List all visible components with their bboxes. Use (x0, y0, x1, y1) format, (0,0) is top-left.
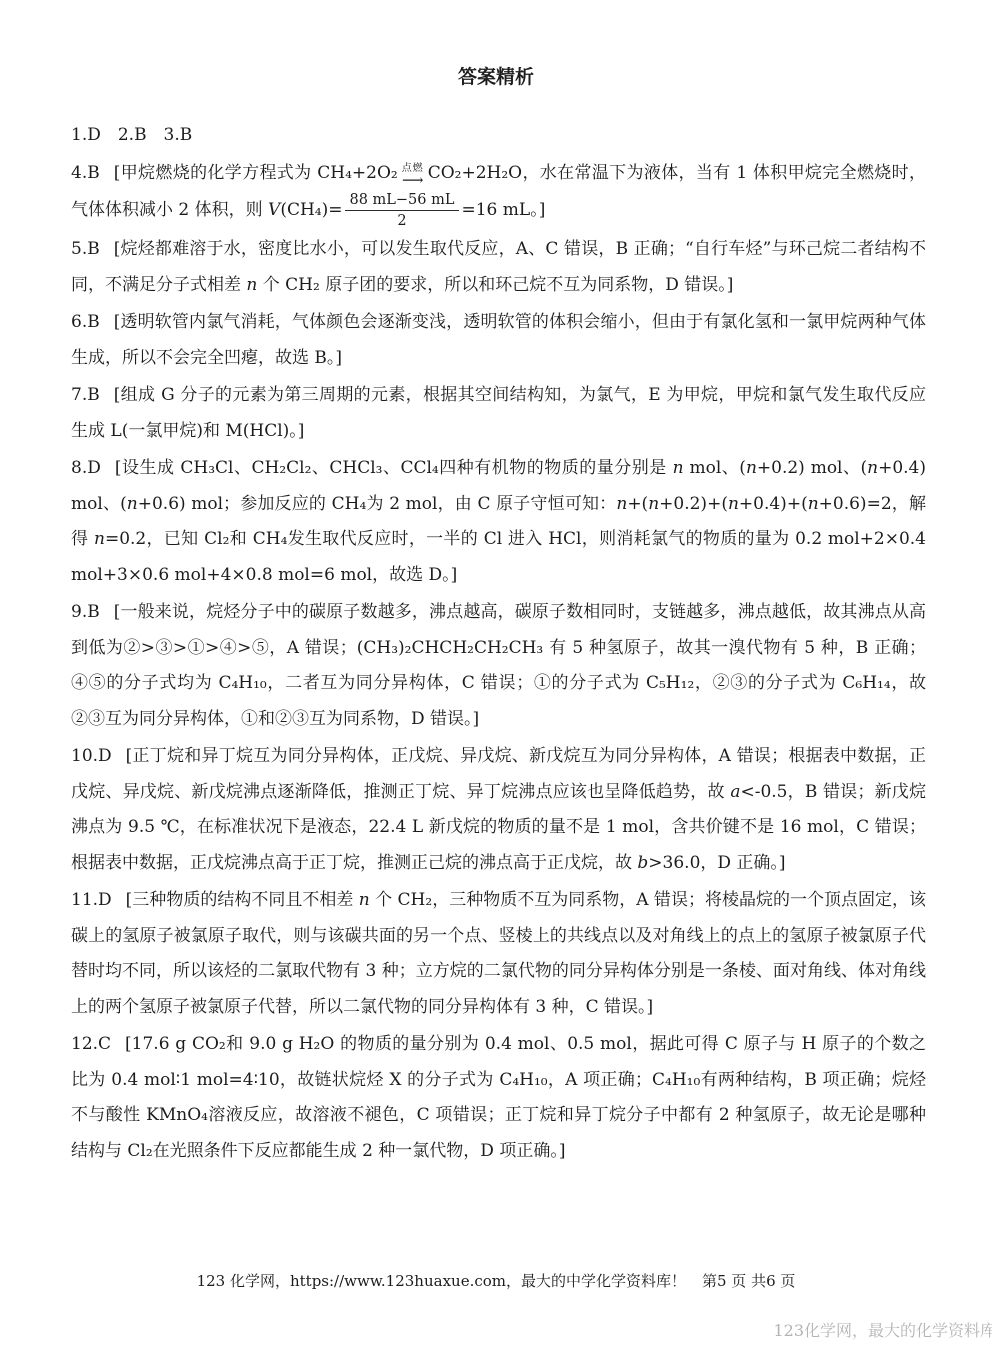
answer-text: [烷烃都难溶于水，密度比水小，可以发生取代反应，A、C 错误，B 正确；“自行车… (71, 239, 926, 295)
answer-text: [三种物质的结构不同且不相差 n 个 CH₂，三种物质不互为同系物，A 错误；将… (71, 890, 926, 1017)
reaction-condition-arrow-icon: 点燃⟶ (402, 163, 424, 187)
answer-item-9: 9.B[一般来说，烷烃分子中的碳原子数越多，沸点越高，碳原子数相同时，支链越多，… (71, 595, 926, 737)
answer-id: 12.C (71, 1034, 111, 1054)
variable: n (746, 458, 757, 478)
answer-item-11: 11.D[三种物质的结构不同且不相差 n 个 CH₂，三种物质不互为同系物，A … (71, 883, 926, 1025)
answer-text: [组成 G 分子的元素为第三周期的元素，根据其空间结构知，为氯气，E 为甲烷，甲… (71, 385, 926, 441)
answer-id: 6.B (71, 312, 100, 332)
answer-id: 4.B (71, 163, 100, 183)
answer-item-10: 10.D[正丁烷和异丁烷互为同分异构体，正戊烷、异戊烷、新戊烷互为同分异构体，A… (71, 739, 926, 881)
answer-item-8: 8.D[设生成 CH₃Cl、CH₂Cl₂、CHCl₃、CCl₄四种有机物的物质的… (71, 451, 926, 593)
answer-text: [一般来说，烷烃分子中的碳原子数越多，沸点越高，碳原子数相同时，支链越多，沸点越… (71, 602, 926, 729)
footer-page-info: 第5 页 共6 页 (702, 1272, 795, 1290)
variable: n (673, 458, 684, 478)
answer-id: 7.B (71, 385, 100, 405)
answer-item-12: 12.C[17.6 g CO₂和 9.0 g H₂O 的物质的量分别为 0.4 … (71, 1027, 926, 1169)
variable: n (808, 494, 819, 514)
answer-text: [设生成 CH₃Cl、CH₂Cl₂、CHCl₃、CCl₄四种有机物的物质的量分别… (71, 458, 926, 585)
answer-item-7: 7.B[组成 G 分子的元素为第三周期的元素，根据其空间结构知，为氯气，E 为甲… (71, 378, 926, 449)
answers-section: 1.D 2.B 3.B 4.B[甲烷燃烧的化学方程式为 CH₄+2O₂点燃⟶CO… (0, 118, 992, 1169)
variable: n (94, 529, 105, 549)
quick-answers-line: 1.D 2.B 3.B (71, 118, 926, 154)
answer-id: 8.D (71, 458, 101, 478)
answer-id: 10.D (71, 746, 112, 766)
variable: b (637, 853, 648, 873)
variable: a (730, 782, 740, 802)
answer-item-4: 4.B[甲烷燃烧的化学方程式为 CH₄+2O₂点燃⟶CO₂+2H₂O，水在常温下… (71, 156, 926, 231)
page-footer: 123 化学网，https://www.123huaxue.com，最大的中学化… (0, 1271, 992, 1291)
fraction: 88 mL−56 mL2 (345, 191, 458, 230)
page-title: 答案精析 (0, 0, 992, 90)
variable: n (728, 494, 739, 514)
watermark-text: 123化学网，最大的化学资料库 (773, 1321, 992, 1341)
variable: V (268, 200, 280, 220)
variable: n (867, 458, 878, 478)
variable: n (359, 890, 370, 910)
answer-item-5: 5.B[烷烃都难溶于水，密度比水小，可以发生取代反应，A、C 错误，B 正确；“… (71, 232, 926, 303)
variable: n (616, 494, 627, 514)
answer-text: [甲烷燃烧的化学方程式为 CH₄+2O₂点燃⟶CO₂+2H₂O，水在常温下为液体… (71, 163, 926, 221)
footer-site-line: 123 化学网，https://www.123huaxue.com，最大的中学化… (197, 1272, 686, 1290)
variable: n (648, 494, 659, 514)
variable: n (246, 275, 257, 295)
answer-text: [透明软管内氯气消耗，气体颜色会逐渐变浅，透明软管的体积会缩小，但由于有氯化氢和… (71, 312, 926, 368)
document-page: 答案精析 1.D 2.B 3.B 4.B[甲烷燃烧的化学方程式为 CH₄+2O₂… (0, 0, 992, 1347)
variable: n (127, 494, 138, 514)
answer-id: 5.B (71, 239, 100, 259)
answer-text: [17.6 g CO₂和 9.0 g H₂O 的物质的量分别为 0.4 mol、… (71, 1034, 926, 1161)
answer-id: 9.B (71, 602, 100, 622)
answer-text: [正丁烷和异丁烷互为同分异构体，正戊烷、异戊烷、新戊烷互为同分异构体，A 错误；… (71, 746, 926, 873)
answer-item-6: 6.B[透明软管内氯气消耗，气体颜色会逐渐变浅，透明软管的体积会缩小，但由于有氯… (71, 305, 926, 376)
answer-id: 11.D (71, 890, 112, 910)
